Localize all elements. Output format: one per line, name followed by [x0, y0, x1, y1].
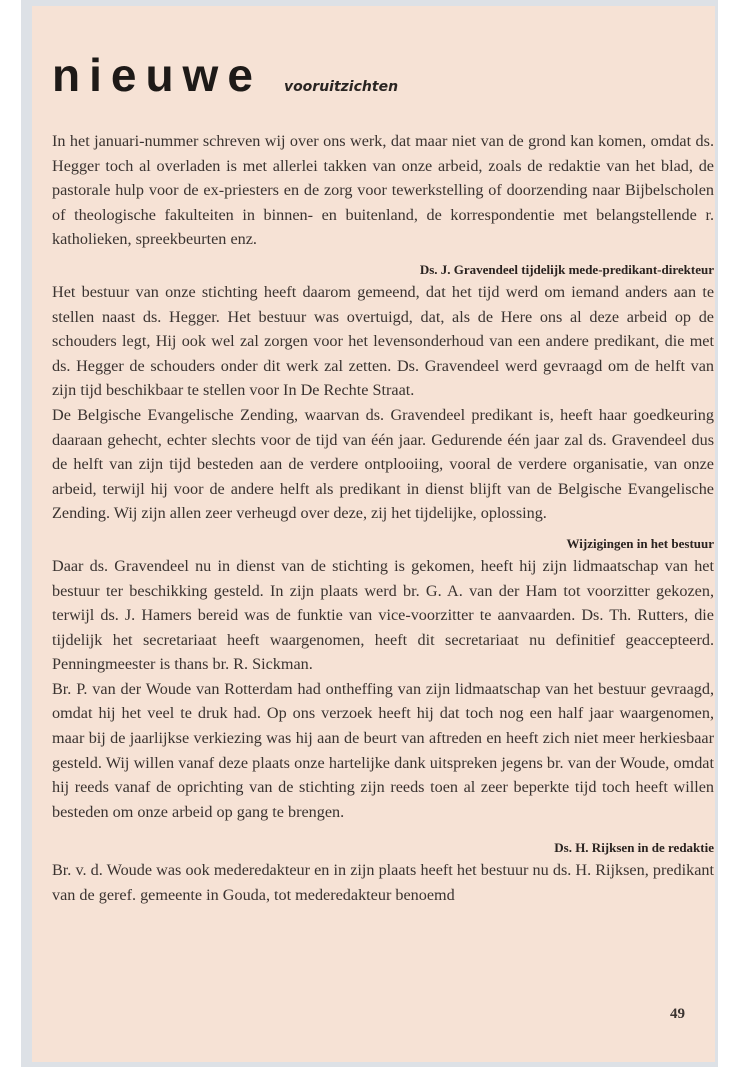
section-redaktie: Ds. H. Rijksen in de redaktie Br. v. d. …	[52, 840, 714, 907]
section-heading: Wijzigingen in het bestuur	[52, 536, 714, 552]
article-title: nieuwe vooruitzichten	[52, 52, 398, 98]
section-intro: In het januari-nummer schreven wij over …	[52, 129, 714, 252]
paragraph: De Belgische Evangelische Zending, waarv…	[52, 403, 714, 526]
section-bestuur: Wijzigingen in het bestuur Daar ds. Grav…	[52, 536, 714, 825]
paragraph: Br. P. van der Woude van Rotterdam had o…	[52, 677, 714, 825]
page-number: 49	[670, 1006, 685, 1023]
section-gravendeel: Ds. J. Gravendeel tijdelijk mede-predika…	[52, 262, 714, 526]
paragraph: Het bestuur van onze stichting heeft daa…	[52, 280, 714, 403]
paragraph: In het januari-nummer schreven wij over …	[52, 129, 714, 252]
title-main: nieuwe	[52, 52, 262, 98]
document-page: nieuwe vooruitzichten In het januari-num…	[32, 6, 715, 1062]
paragraph: Daar ds. Gravendeel nu in dienst van de …	[52, 554, 714, 677]
paragraph: Br. v. d. Woude was ook mederedakteur en…	[52, 858, 714, 907]
article-body: In het januari-nummer schreven wij over …	[52, 129, 714, 908]
title-subtitle: vooruitzichten	[284, 79, 398, 95]
section-heading: Ds. H. Rijksen in de redaktie	[52, 840, 714, 856]
section-heading: Ds. J. Gravendeel tijdelijk mede-predika…	[52, 262, 714, 278]
